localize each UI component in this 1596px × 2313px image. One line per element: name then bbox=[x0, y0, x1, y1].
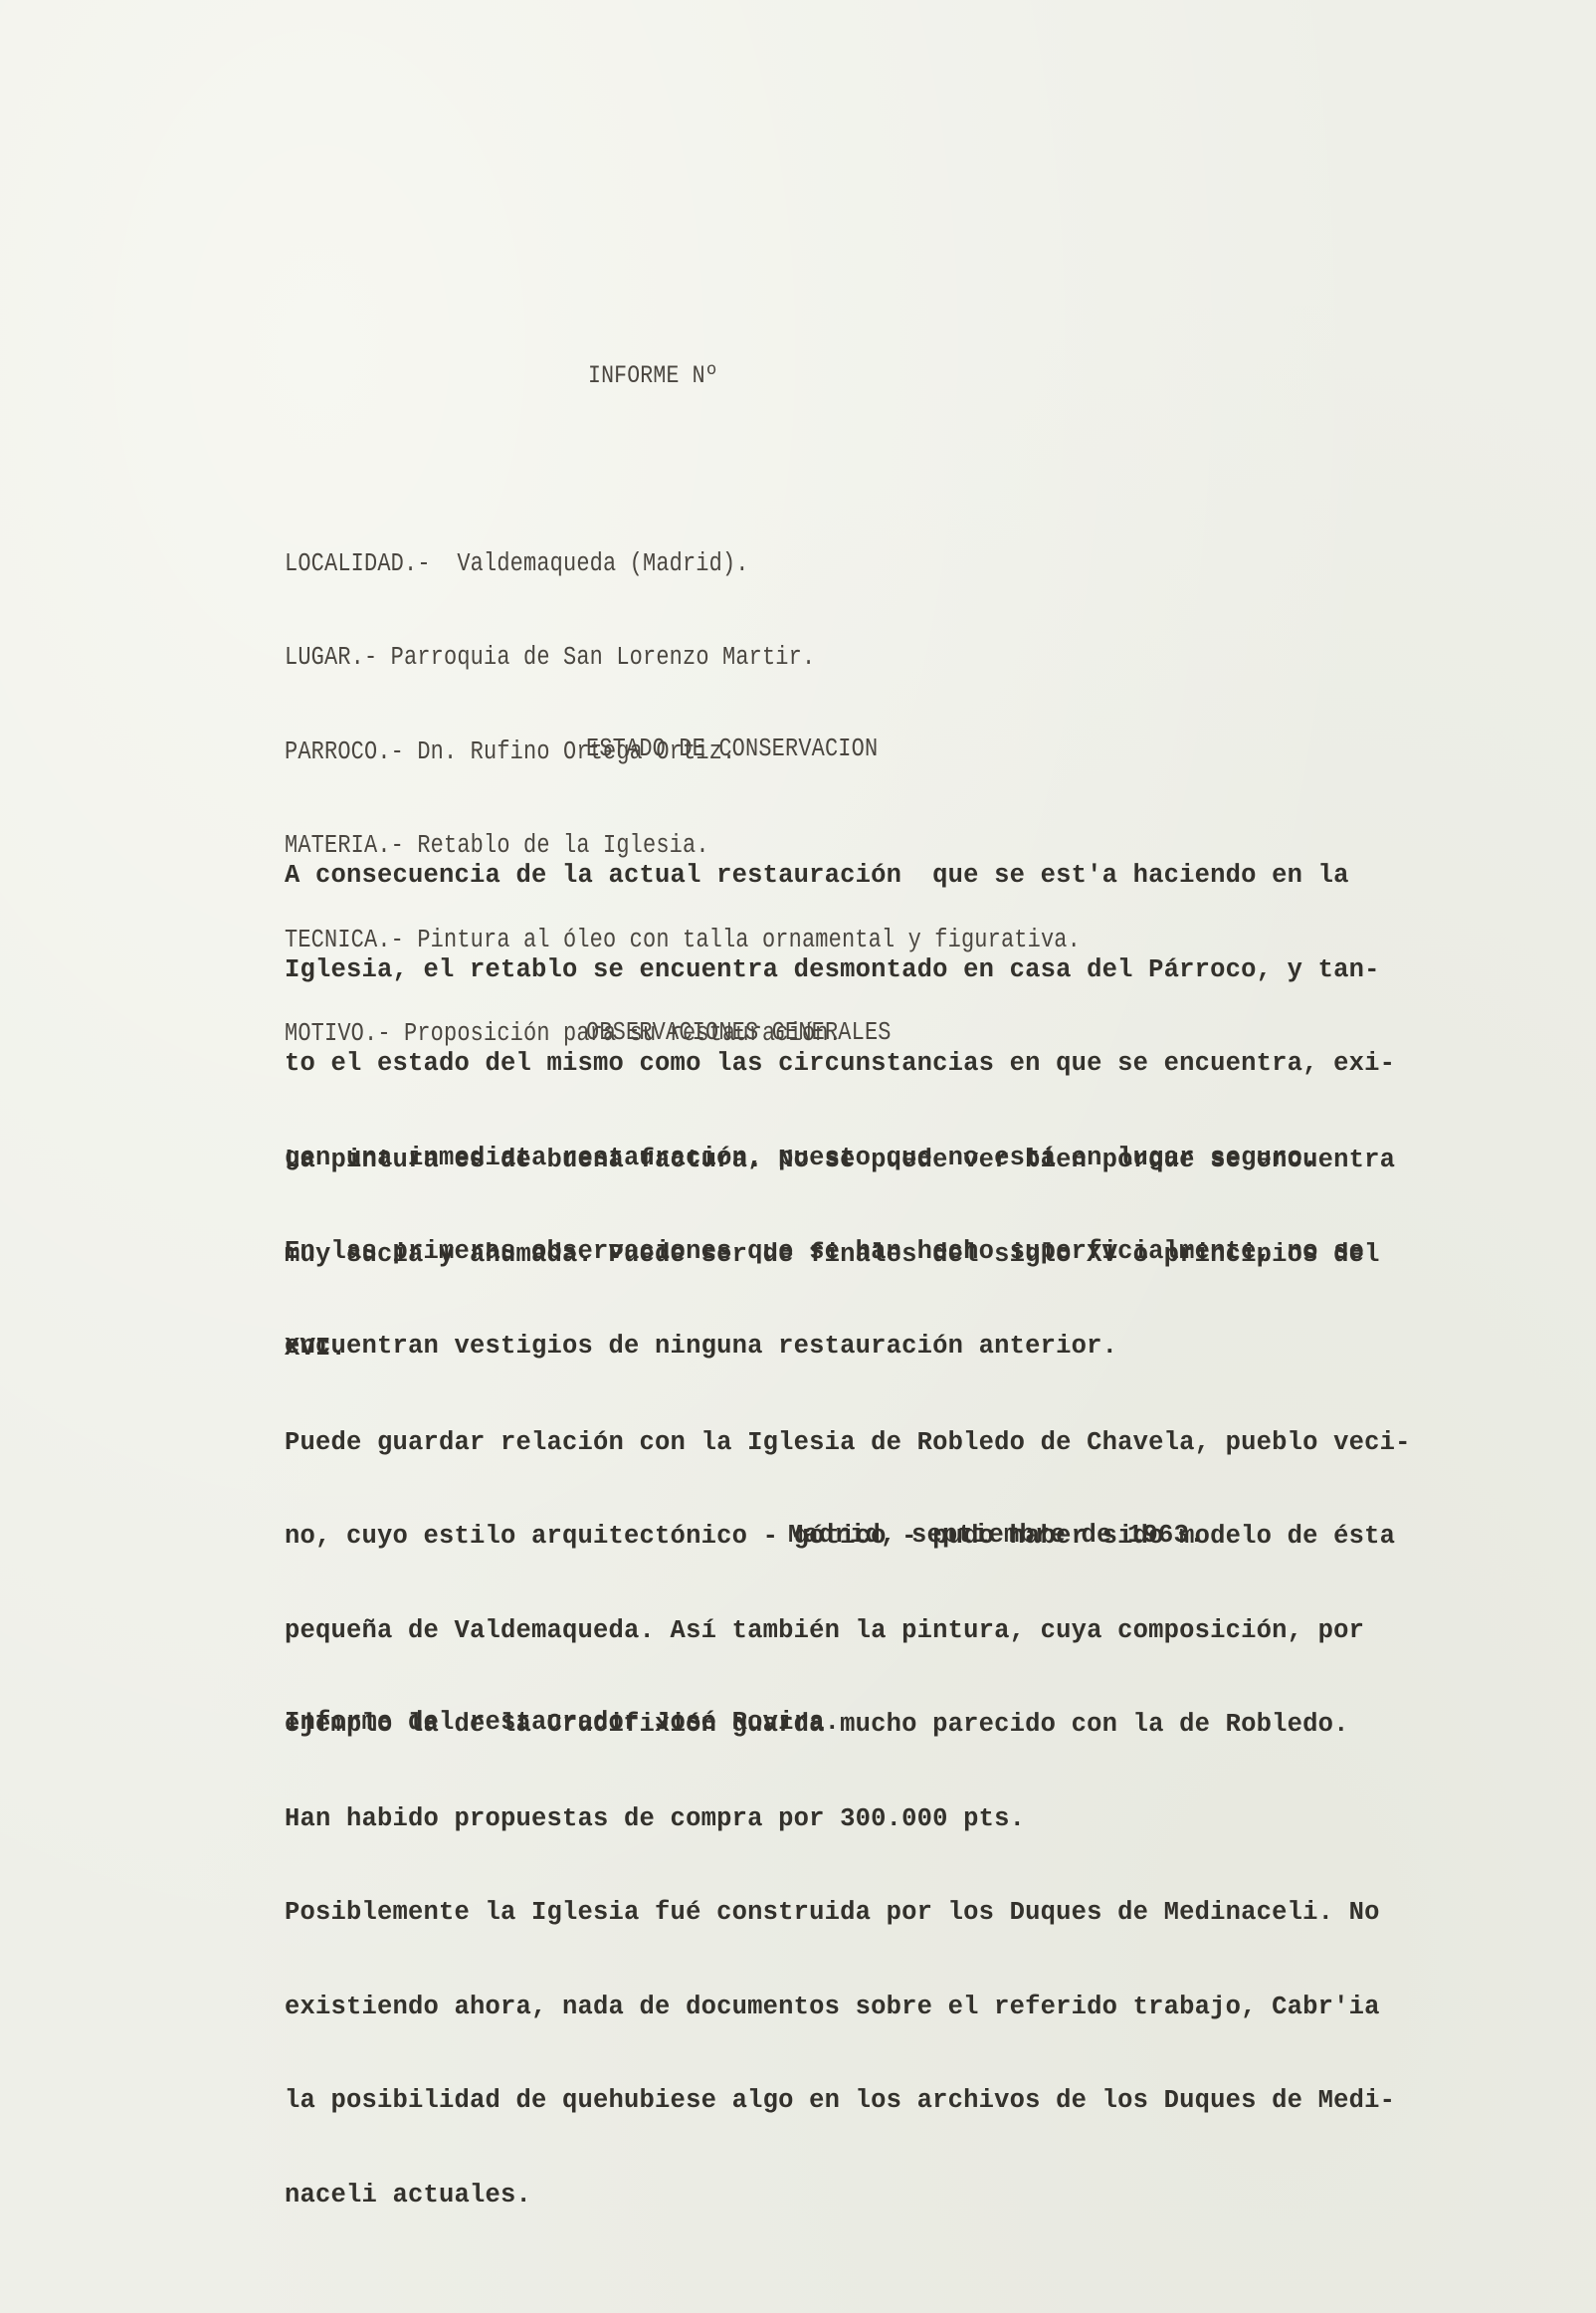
text-line: Puede guardar relación con la Iglesia de… bbox=[285, 1427, 1411, 1459]
signature-line: Informe del restaurador José Rovira. bbox=[285, 1707, 840, 1739]
text-line: muy sucia y ahumada. Puede ser de finale… bbox=[285, 1239, 1411, 1271]
section-heading-conservation: ESTADO DE CONSERVACION bbox=[586, 734, 878, 765]
document-title: INFORME Nº bbox=[588, 360, 718, 392]
field-localidad: LOCALIDAD.- Valdemaqueda (Madrid). bbox=[285, 548, 1081, 579]
date-line: Madrid, septiembre de 1963. bbox=[788, 1520, 1205, 1552]
text-line: Posiblemente la Iglesia fué construida p… bbox=[285, 1897, 1411, 1929]
section-heading-general-observations: OBSERVACIONES GENERALES bbox=[586, 1017, 892, 1049]
text-line: XVI. bbox=[285, 1333, 1411, 1365]
text-line: Iglesia, el retablo se encuentra desmont… bbox=[285, 954, 1395, 986]
text-line: to el estado del mismo como las circunst… bbox=[285, 1048, 1395, 1080]
observations-paragraph: La pintura es de buena factura. No se pu… bbox=[285, 1082, 1411, 2242]
text-line: pequeña de Valdemaqueda. Así también la … bbox=[285, 1615, 1411, 1647]
text-line: existiendo ahora, nada de documentos sob… bbox=[285, 1992, 1411, 2023]
text-line: naceli actuales. bbox=[285, 2180, 1411, 2211]
field-lugar: LUGAR.- Parroquia de San Lorenzo Martir. bbox=[285, 642, 1081, 673]
text-line: La pintura es de buena factura. No se pu… bbox=[285, 1145, 1411, 1176]
text-line: Han habido propuestas de compra por 300.… bbox=[285, 1803, 1411, 1835]
text-line: la posibilidad de quehubiese algo en los… bbox=[285, 2085, 1411, 2117]
text-line: A consecuencia de la actual restauración… bbox=[285, 860, 1395, 892]
